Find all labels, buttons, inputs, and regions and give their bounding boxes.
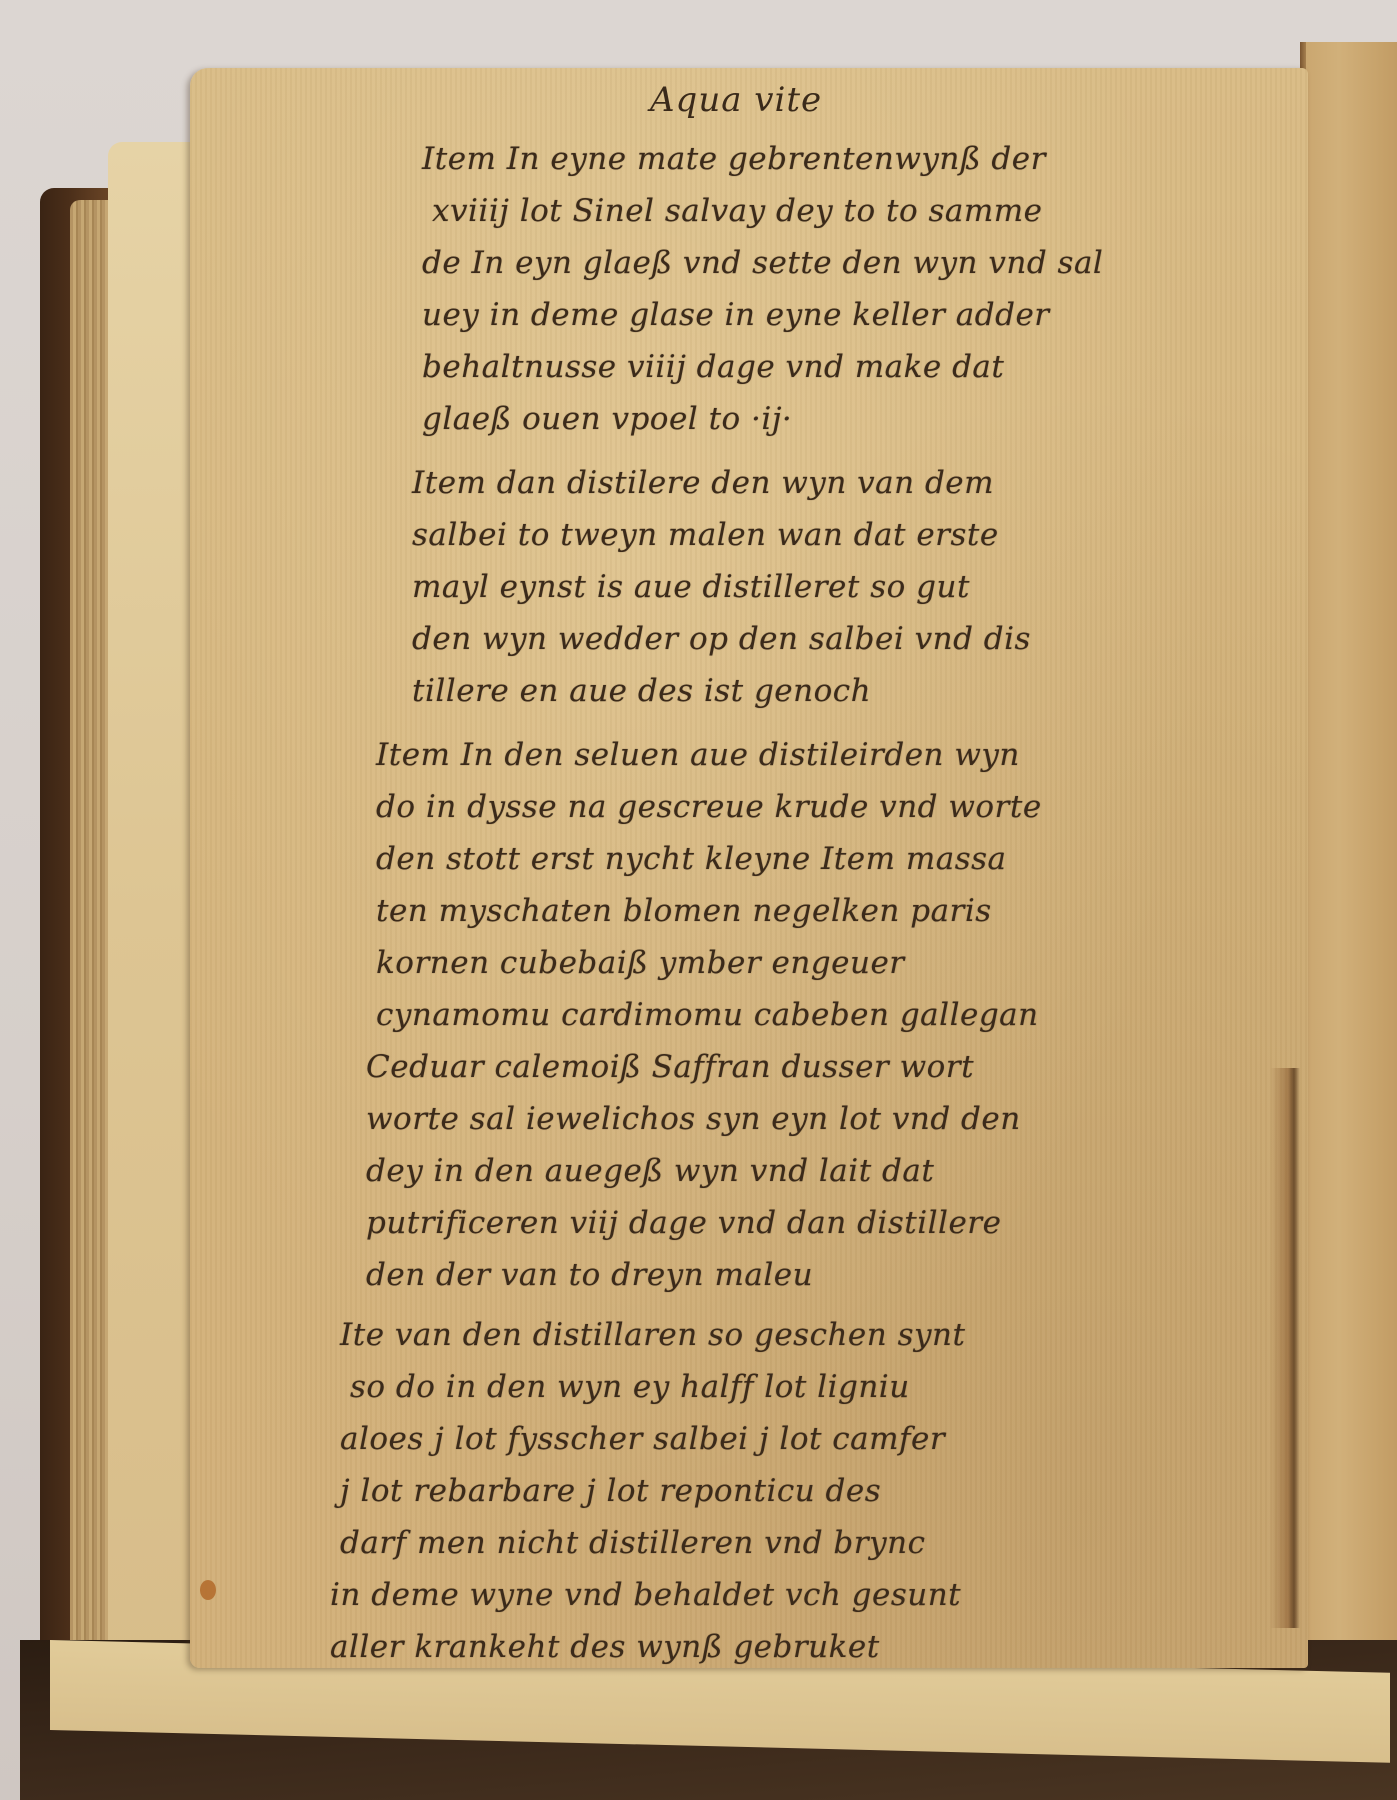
text-line: worte sal iewelichos syn eyn lot vnd den — [366, 1104, 1021, 1135]
text-line: cynamomu cardimomu cabeben gallegan — [376, 1000, 1039, 1031]
text-line: so do in den wyn ey halff lot ligniu — [350, 1372, 910, 1403]
text-line: glaeß ouen vpoel to ·ij· — [422, 404, 792, 435]
manuscript-text: Item In eyne mate gebrentenwynß der xvii… — [190, 68, 1308, 1668]
text-line: Ite van den distillaren so geschen synt — [340, 1320, 965, 1351]
text-line: den der van to dreyn maleu — [366, 1260, 813, 1291]
text-line: uey in deme glase in eyne keller adder — [422, 300, 1050, 331]
text-line: j lot rebarbare j lot reponticu des — [340, 1476, 881, 1507]
text-line: behaltnusse viiij dage vnd make dat — [422, 352, 1004, 383]
text-line: tillere en aue des ist genoch — [412, 676, 871, 707]
text-line: salbei to tweyn malen wan dat erste — [412, 520, 999, 551]
text-line: Item In eyne mate gebrentenwynß der — [422, 144, 1046, 175]
text-line: xviiij lot Sinel salvay dey to to samme — [432, 196, 1043, 227]
text-line: ten myschaten blomen negelken paris — [376, 896, 992, 927]
text-line: darf men nicht distilleren vnd brync — [340, 1528, 925, 1559]
text-line: do in dysse na gescreue krude vnd worte — [376, 792, 1042, 823]
text-line: de In eyn glaeß vnd sette den wyn vnd sa… — [422, 248, 1103, 279]
text-line: aloes j lot fysscher salbei j lot camfer — [340, 1424, 945, 1455]
text-line: putrificeren viij dage vnd dan distiller… — [366, 1208, 1001, 1239]
manuscript-page: Aqua vite Item In eyne mate gebrentenwyn… — [190, 68, 1308, 1668]
text-line: Ceduar calemoiß Saffran dusser wort — [366, 1052, 974, 1083]
text-line: in deme wyne vnd behaldet vch gesunt — [330, 1580, 961, 1611]
text-line: aller krankeht des wynß gebruket — [330, 1632, 880, 1663]
text-line: kornen cubebaiß ymber engeuer — [376, 948, 905, 979]
text-line: den wyn wedder op den salbei vnd dis — [412, 624, 1031, 655]
text-line: Item dan distilere den wyn van dem — [412, 468, 994, 499]
text-line: dey in den auegeß wyn vnd lait dat — [366, 1156, 934, 1187]
facing-page-edge — [1300, 42, 1397, 1742]
text-line: Item In den seluen aue distileirden wyn — [376, 740, 1020, 771]
text-line: den stott erst nycht kleyne Item massa — [376, 844, 1007, 875]
text-line: mayl eynst is aue distilleret so gut — [412, 572, 970, 603]
